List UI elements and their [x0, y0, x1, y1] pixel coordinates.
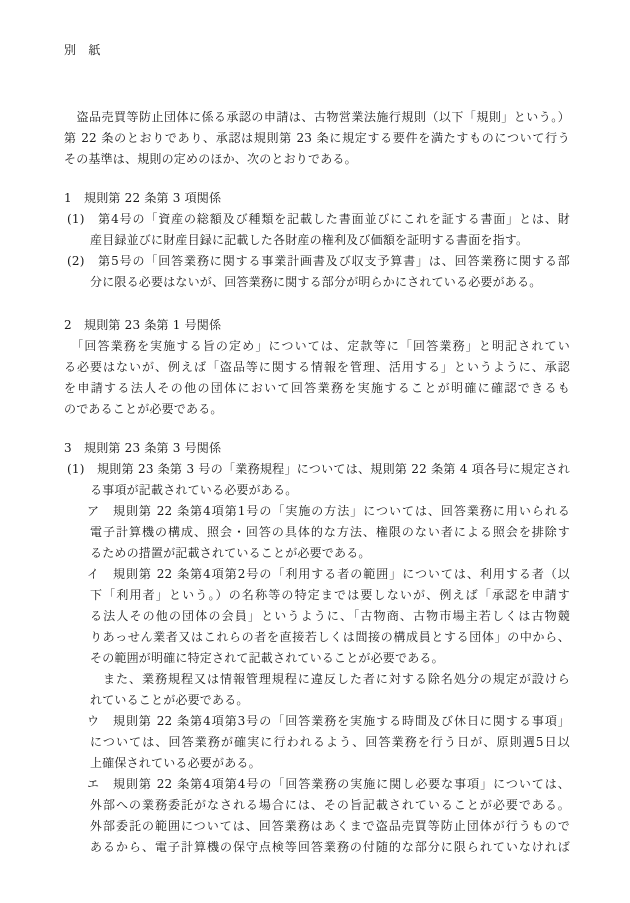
text-line: (2) 第5号の「回答業務に関する事業計画書及び収支予算書」は、回答業務に関する… [67, 251, 570, 272]
text-line: を申請する法人その他の団体において回答業務を実施することが明確に確認できるも [64, 378, 570, 399]
text-line: あるから、電子計算機の保守点検等回答業務の付随的な部分に限られていなければ [90, 837, 570, 858]
text-line: については、回答業務が確実に行われるよう、回答業務を行う日が、原則週5日以 [90, 732, 570, 753]
text-line: 分に限る必要はないが、回答業務に関する部分が明らかにされている必要がある。 [90, 272, 570, 293]
text-line: (1) 第4号の「資産の総額及び種類を記載した書面並びにこれを証する書面」とは、… [67, 209, 570, 230]
text-line: のであることが必要である。 [64, 399, 570, 420]
text-line: る必要はないが、例えば「盗品等に関する情報を管理、活用する」というように、承認 [64, 357, 570, 378]
text-line: ウ 規則第 22 条第4項第3号の「回答業務を実施する時間及び休日に関する事項」 [87, 711, 570, 732]
text-line: 1 規則第 22 条第 3 項関係 [64, 188, 570, 209]
text-line: 外部委託の範囲については、回答業務はあくまで盗品売買等防止団体が行うもので [90, 816, 570, 837]
attachment-label: 別 紙 [64, 40, 570, 61]
text-line: 第 22 条のとおりであり、承認は規則第 23 条に規定する要件を満たすものにつ… [64, 128, 570, 149]
text-line: 電子計算機の構成、照会・回答の具体的な方法、権限のない者による照会を排除す [90, 522, 570, 543]
text-line: 盗品売買等防止団体に係る承認の申請は、古物営業法施行規則（以下「規則」という。） [64, 107, 570, 128]
text-line: その範囲が明確に特定されて記載されていることが必要である。 [90, 648, 570, 669]
document-page: 別 紙 盗品売買等防止団体に係る承認の申請は、古物営業法施行規則（以下「規則」と… [0, 0, 630, 903]
document-body: 別 紙 盗品売買等防止団体に係る承認の申請は、古物営業法施行規則（以下「規則」と… [64, 40, 570, 858]
text-line: 3 規則第 23 条第 3 号関係 [64, 438, 570, 459]
text-line: 産目録並びに財産目録に記載した各財産の権利及び価額を証明する書面を指す。 [90, 230, 570, 251]
text-line: (1) 規則第 23 条第 3 号の「業務規程」については、規則第 22 条第 … [67, 459, 570, 480]
text-line: イ 規則第 22 条第4項第2号の「利用する者の範囲」については、利用する者（以 [87, 564, 570, 585]
text-line: りあっせん業者又はこれらの者を直接若しくは間接の構成員とする団体」の中から、 [90, 627, 570, 648]
text-line: エ 規則第 22 条第4項第4号の「回答業務の実施に関し必要な事項」については、 [87, 774, 570, 795]
text-line: 2 規則第 23 条第 1 号関係 [64, 315, 570, 336]
text-line: ア 規則第 22 条第4項第1号の「実施の方法」については、回答業務に用いられる [87, 501, 570, 522]
text-line: その基準は、規則の定めのほか、次のとおりである。 [64, 149, 570, 170]
text-line: 「回答業務を実施する旨の定め」については、定款等に「回答業務」と明記されてい [64, 336, 570, 357]
text-line: 上確保されている必要がある。 [90, 753, 570, 774]
text-line: れていることが必要である。 [90, 690, 570, 711]
text-line: 下「利用者」という。）の名称等の特定までは要しないが、例えば「承認を申請す [90, 585, 570, 606]
text-line: また、業務規程又は情報管理規程に違反した者に対する除名処分の規定が設けら [90, 669, 570, 690]
text-line: る事項が記載されている必要がある。 [90, 480, 570, 501]
text-line: 外部への業務委託がなされる場合には、その旨記載されていることが必要である。 [90, 795, 570, 816]
text-line: る法人その他の団体の会員」というように、「古物商、古物市場主若しくは古物競 [90, 606, 570, 627]
text-line: るための措置が記載されていることが必要である。 [90, 543, 570, 564]
